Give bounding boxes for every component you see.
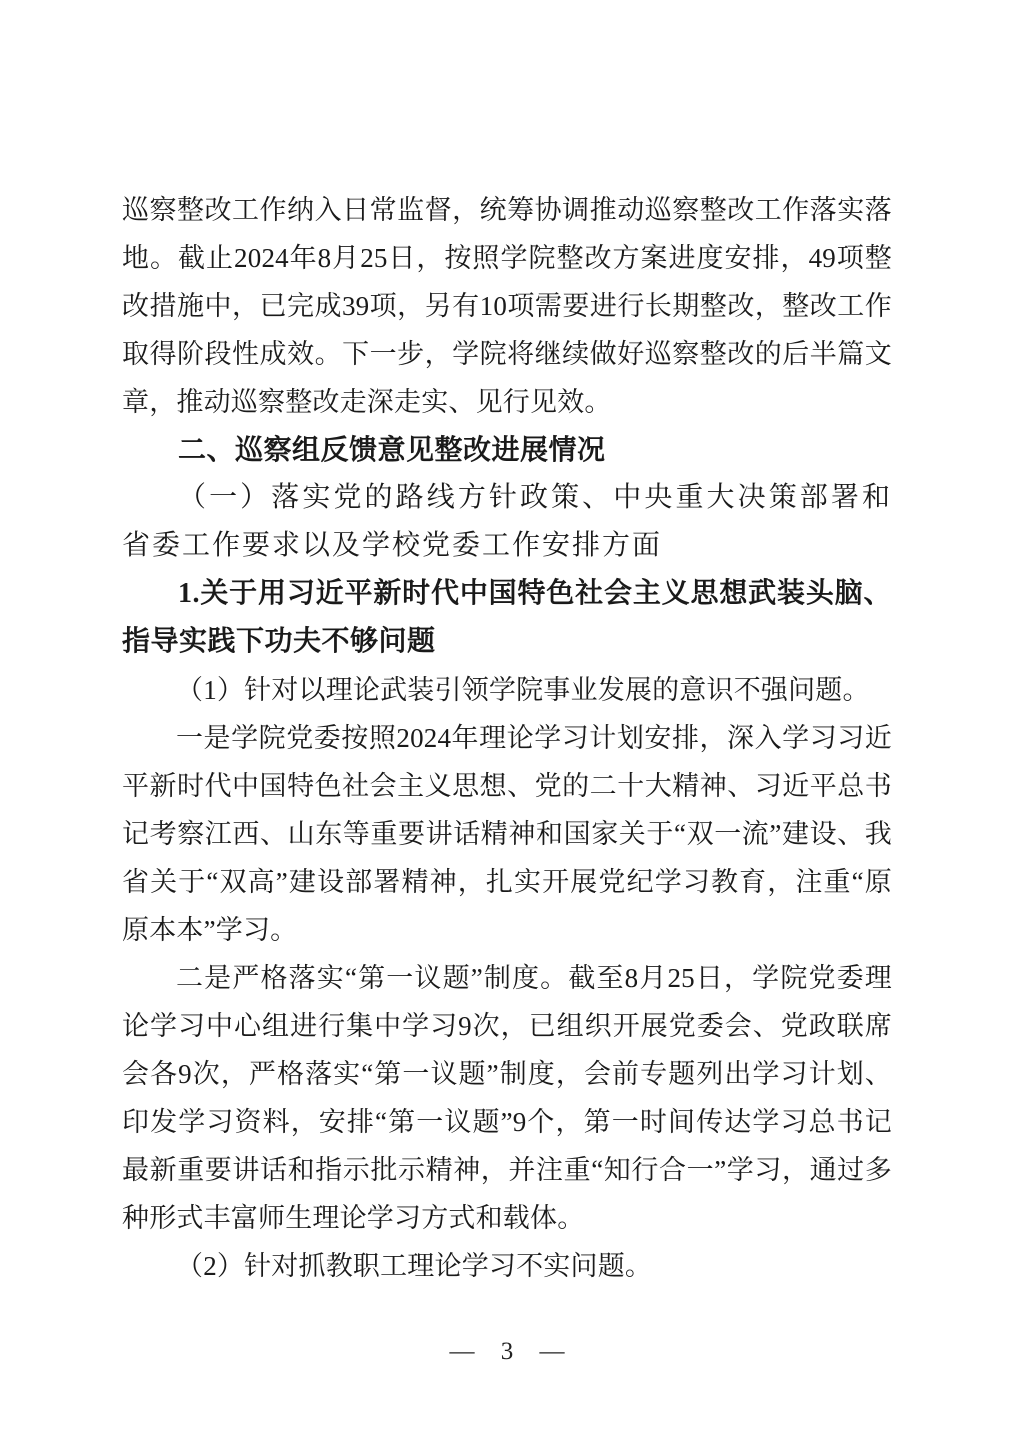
paragraph-measure-two-first-topic-system: 二是严格落实“第一议题”制度。截至8月25日，学院党委理论学习中心组进行集中学习… (122, 954, 892, 1242)
section-heading-feedback-progress: 二、巡察组反馈意见整改进展情况 (122, 426, 892, 474)
paragraph-issue-1-intro: （1）针对以理论武装引领学院事业发展的意识不强问题。 (122, 666, 892, 714)
subsection-heading-party-line-policies: （一）落实党的路线方针政策、中央重大决策部署和省委工作要求以及学校党委工作安排方… (122, 474, 892, 570)
paragraph-issue-2-intro: （2）针对抓教职工理论学习不实问题。 (122, 1242, 892, 1290)
document-body: 巡察整改工作纳入日常监督，统筹协调推动巡察整改工作落实落地。截止2024年8月2… (122, 186, 892, 1290)
page-number: — 3 — (0, 1338, 1024, 1366)
document-page: 巡察整改工作纳入日常监督，统筹协调推动巡察整改工作落实落地。截止2024年8月2… (0, 0, 1024, 1448)
paragraph-measure-one-theory-study: 一是学院党委按照2024年理论学习计划安排，深入学习习近平新时代中国特色社会主义… (122, 714, 892, 954)
item-heading-theory-arming-issue: 1.关于用习近平新时代中国特色社会主义思想武装头脑、指导实践下功夫不够问题 (122, 570, 892, 666)
paragraph-rectification-progress-summary: 巡察整改工作纳入日常监督，统筹协调推动巡察整改工作落实落地。截止2024年8月2… (122, 186, 892, 426)
